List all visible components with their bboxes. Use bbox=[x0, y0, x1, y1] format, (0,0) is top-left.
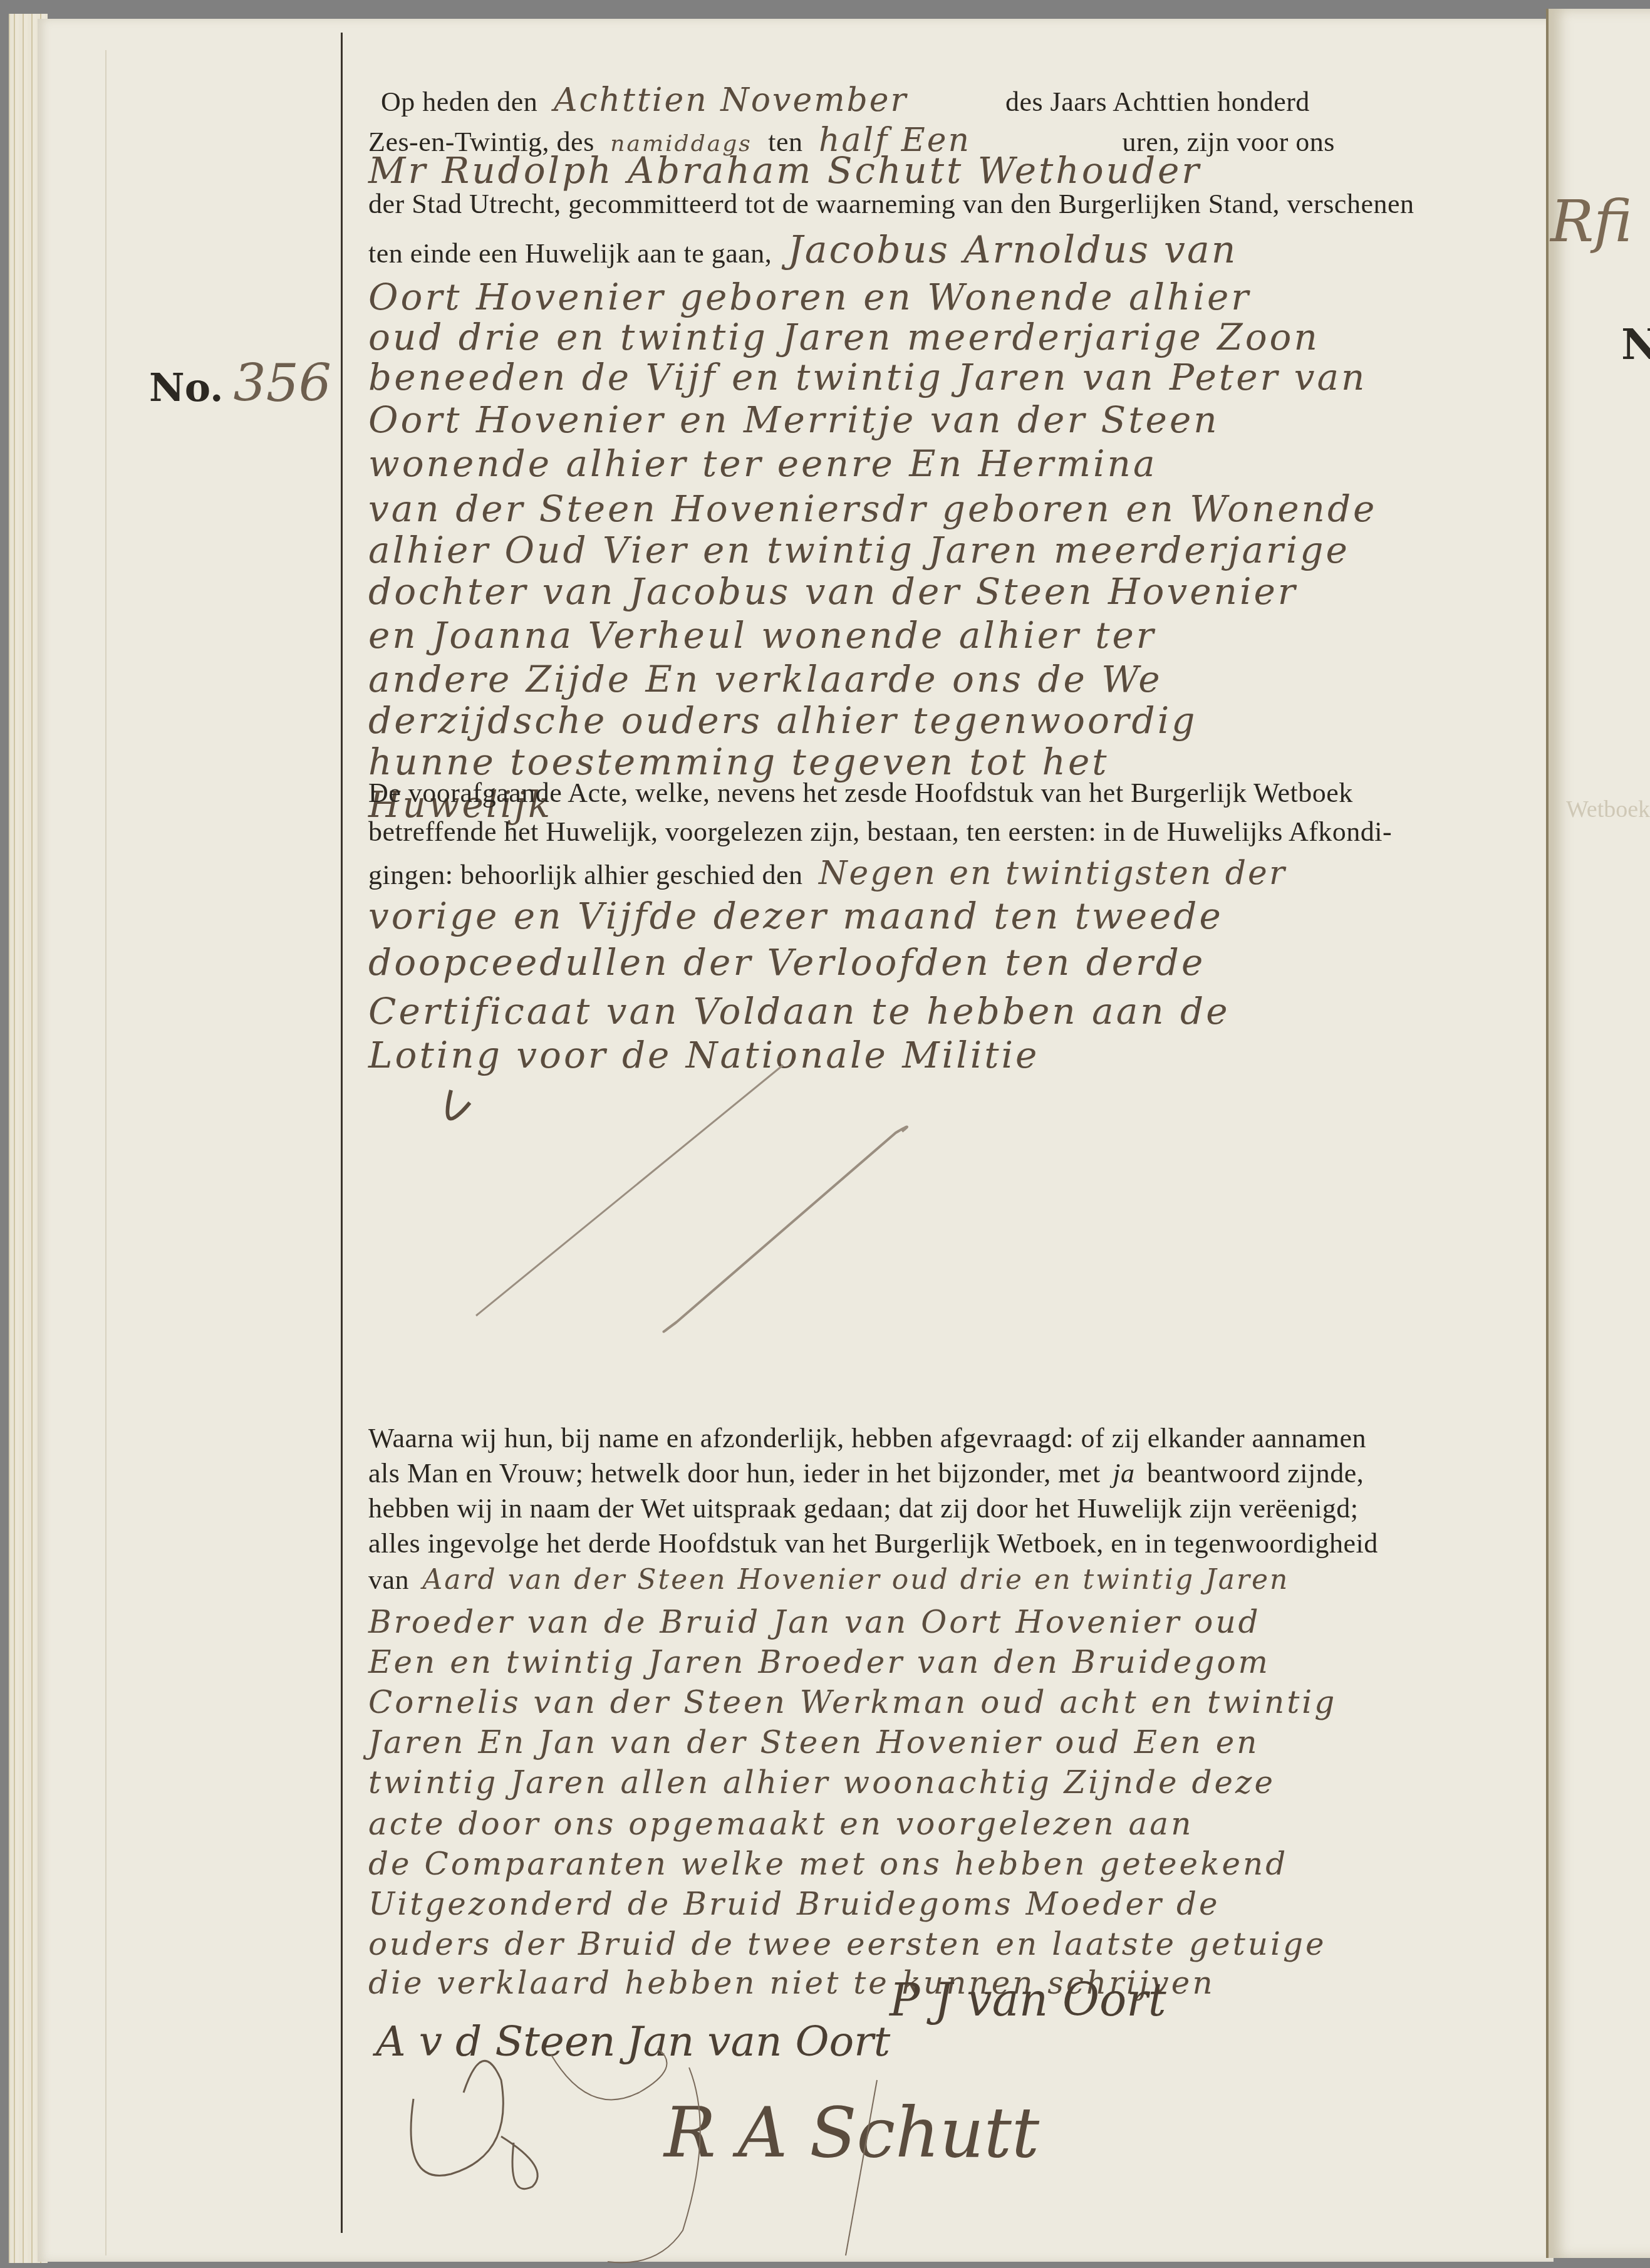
hand-line: Uitgezonderd de Bruid Bruidegoms Moeder … bbox=[368, 1886, 1220, 1922]
page-margin-line bbox=[105, 50, 106, 2255]
opening-line-1: Op heden den Achttien November des Jaars… bbox=[381, 81, 1310, 119]
hand-line: Broeder van de Bruid Jan van Oort Hoveni… bbox=[368, 1604, 1261, 1640]
printed-line: als Man en Vrouw; hetwelk door hun, iede… bbox=[368, 1457, 1364, 1489]
hand-line: Oort Hovenier en Merritje van der Steen bbox=[368, 398, 1220, 441]
hand-witnesses: Aard van der Steen Hovenier oud drie en … bbox=[423, 1564, 1290, 1596]
hand-line: twintig Jaren allen alhier woonachtig Zi… bbox=[368, 1764, 1275, 1801]
opening-line-5: ten einde een Huwelijk aan te gaan, Jaco… bbox=[368, 228, 1237, 272]
printed-text: beantwoord zijnde, bbox=[1147, 1458, 1364, 1489]
hand-line: vorige en Vijfde dezer maand ten tweede bbox=[368, 895, 1223, 937]
hand-line: Jaren En Jan van der Steen Hovenier oud … bbox=[368, 1724, 1259, 1761]
hand-line: oud drie en twintig Jaren meerderjarige … bbox=[368, 316, 1320, 358]
hand-line: derzijdsche ouders alhier tegenwoordig bbox=[368, 699, 1197, 742]
printed-text: gingen: behoorlijk alhier geschied den bbox=[368, 860, 802, 890]
signature-flourish bbox=[388, 2042, 1015, 2268]
printed-line: Waarna wij hun, bij name en afzonderlijk… bbox=[368, 1422, 1366, 1454]
hand-line: Een en twintig Jaren Broeder van den Bru… bbox=[368, 1644, 1270, 1680]
margin-rule-line bbox=[341, 33, 343, 2233]
hand-line: Certificaat van Voldaan te hebben aan de bbox=[368, 990, 1230, 1033]
hand-official-name: Mr Rudolph Abraham Schutt Wethouder bbox=[368, 149, 1201, 192]
hand-line: andere Zijde En verklaarde ons de We bbox=[368, 658, 1163, 700]
hand-publication-dates: Negen en twintigsten der bbox=[819, 855, 1287, 892]
record-number-value: 356 bbox=[234, 354, 332, 414]
record-number-label: No. bbox=[149, 365, 224, 410]
printed-text: ten einde een Huwelijk aan te gaan, bbox=[368, 238, 772, 269]
bleed-through-text: Wetboek bbox=[1566, 796, 1650, 823]
printed-text: van bbox=[368, 1564, 409, 1595]
hand-line: beneeden de Vijf en twintig Jaren van Pe… bbox=[368, 356, 1367, 398]
printed-line: betreffende het Huwelijk, voorgelezen zi… bbox=[368, 816, 1392, 848]
hand-line: en Joanna Verheul wonende alhier ter bbox=[368, 614, 1156, 657]
hand-line: de Comparanten welke met ons hebben gete… bbox=[368, 1846, 1288, 1882]
hand-date: Achttien November bbox=[554, 81, 908, 119]
hand-line: Oort Hovenier geboren en Wonende alhier bbox=[368, 276, 1251, 318]
printed-text-ja: ja bbox=[1113, 1458, 1134, 1489]
opening-line-4: der Stad Utrecht, gecommitteerd tot de w… bbox=[368, 188, 1414, 220]
record-number: No. 356 bbox=[149, 354, 331, 414]
signature-3: P J van Oort bbox=[890, 1974, 1166, 2026]
hand-line: van der Steen Hoveniersdr geboren en Won… bbox=[368, 487, 1377, 530]
hand-line: ouders der Bruid de twee eersten en laat… bbox=[368, 1926, 1327, 1962]
printed-line: alles ingevolge het derde Hoofdstuk van … bbox=[368, 1527, 1378, 1559]
adjacent-page-script: Rfi bbox=[1550, 188, 1632, 255]
printed-line: De voorafgaande Acte, welke, nevens het … bbox=[368, 777, 1353, 809]
hand-line: doopceedullen der Verloofden ten derde bbox=[368, 941, 1205, 984]
printed-text: des Jaars Achttien honderd bbox=[1005, 86, 1310, 117]
hand-line: acte door ons opgemaakt en voorgelezen a… bbox=[368, 1806, 1193, 1842]
printed-line: van Aard van der Steen Hovenier oud drie… bbox=[368, 1564, 1289, 1596]
adjacent-page-record-no: N bbox=[1621, 320, 1650, 370]
printed-line: gingen: behoorlijk alhier geschied den N… bbox=[368, 855, 1287, 892]
printed-text: als Man en Vrouw; hetwelk door hun, iede… bbox=[368, 1458, 1101, 1489]
hand-line: dochter van Jacobus van der Steen Hoveni… bbox=[368, 570, 1298, 613]
printed-text: Op heden den bbox=[381, 86, 537, 117]
hand-line: alhier Oud Vier en twintig Jaren meerder… bbox=[368, 529, 1350, 571]
hand-line: Cornelis van der Steen Werkman oud acht … bbox=[368, 1684, 1337, 1720]
hand-groom-name: Jacobus Arnoldus van bbox=[788, 228, 1238, 272]
hand-line: wonende alhier ter eenre En Hermina bbox=[368, 442, 1158, 485]
printed-line: hebben wij in naam der Wet uitspraak ged… bbox=[368, 1492, 1359, 1524]
fill-line-stroke bbox=[438, 1065, 1378, 1378]
